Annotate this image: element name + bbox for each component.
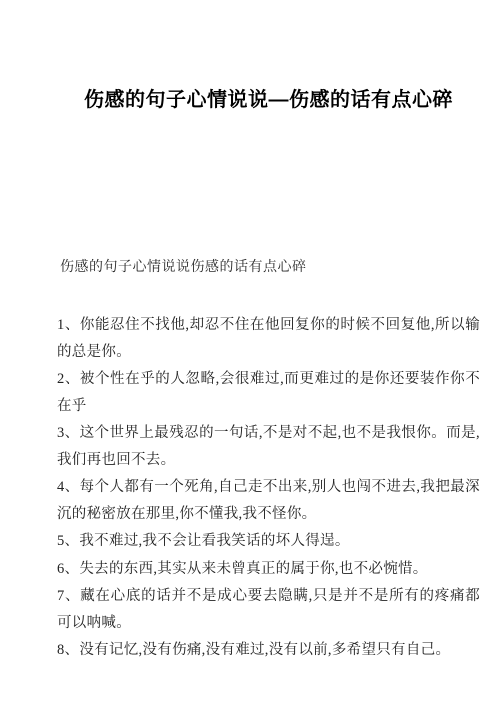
- list-item: 6、失去的东西,其实从来未曾真正的属于你,也不必惋惜。: [57, 556, 480, 583]
- document-subtitle: 伤感的句子心情说说伤感的话有点心碎: [60, 258, 480, 278]
- list-item: 3、这个世界上最残忍的一句话,不是对不起,也不是我恨你。而是,我们再也回不去。: [57, 420, 480, 473]
- document-page: 伤感的句子心情说说—伤感的话有点心碎 伤感的句子心情说说伤感的话有点心碎 1、你…: [0, 0, 500, 707]
- list-item: 2、被个性在乎的人忽略,会很难过,而更难过的是你还要装作你不在乎: [57, 366, 480, 419]
- list-item: 8、没有记忆,没有伤痛,没有难过,没有以前,多希望只有自己。: [57, 637, 480, 664]
- list-item: 4、每个人都有一个死角,自己走不出来,别人也闯不进去,我把最深沉的秘密放在那里,…: [57, 474, 480, 527]
- list-item: 7、藏在心底的话并不是成心要去隐瞒,只是并不是所有的疼痛都可以呐喊。: [57, 583, 480, 636]
- list-item: 1、你能忍住不找他,却忍不住在他回复你的时候不回复他,所以输的总是你。: [57, 312, 480, 365]
- quote-list: 1、你能忍住不找他,却忍不住在他回复你的时候不回复他,所以输的总是你。 2、被个…: [57, 312, 480, 664]
- list-item: 5、我不难过,我不会让看我笑话的坏人得逞。: [57, 528, 480, 555]
- document-title: 伤感的句子心情说说—伤感的话有点心碎: [57, 88, 480, 112]
